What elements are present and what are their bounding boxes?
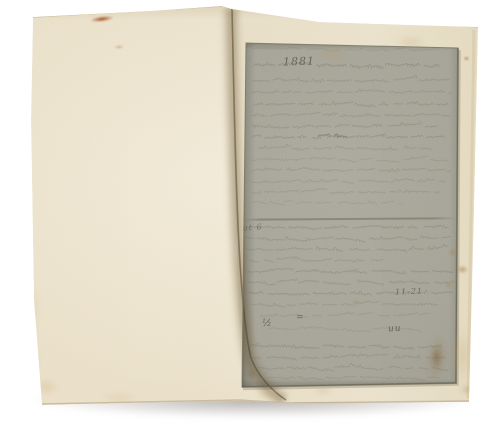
photograph-open-notebook: Photograph of an open antique notebook: … <box>0 0 500 429</box>
manuscript-page <box>242 43 459 388</box>
open-book: 1881at 611-21½=uu <box>0 0 500 429</box>
image-description: Photograph of an open antique notebook: … <box>0 0 1 1</box>
